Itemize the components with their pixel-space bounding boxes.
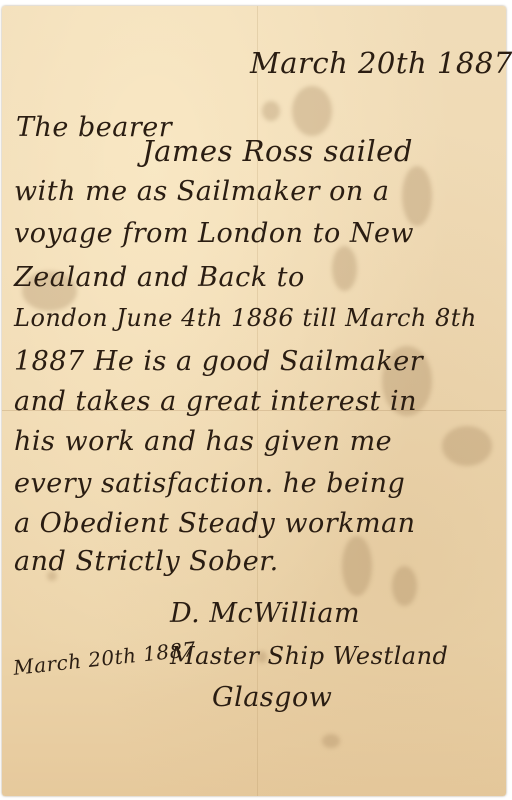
body-line: Zealand and Back to bbox=[14, 262, 305, 293]
body-line: his work and has given me bbox=[14, 426, 392, 457]
stain bbox=[332, 246, 357, 291]
body-line: James Ross sailed bbox=[142, 134, 413, 168]
body-line: with me as Sailmaker on a bbox=[14, 176, 389, 207]
body-line: and Strictly Sober. bbox=[14, 546, 279, 577]
body-line: London June 4th 1886 till March 8th bbox=[14, 304, 477, 332]
body-line: a Obedient Steady workman bbox=[14, 508, 416, 539]
stain bbox=[262, 101, 280, 121]
header-date: March 20th 1887 bbox=[250, 46, 512, 80]
signature-name: D. McWilliam bbox=[170, 598, 360, 629]
stain bbox=[402, 166, 432, 226]
stain bbox=[322, 734, 340, 748]
body-line: every satisfaction. he being bbox=[14, 468, 405, 499]
stain bbox=[442, 426, 492, 466]
signature-title: Master Ship Westland bbox=[170, 642, 448, 670]
body-line: voyage from London to New bbox=[14, 218, 414, 249]
body-line: and takes a great interest in bbox=[14, 386, 417, 417]
stain bbox=[342, 536, 372, 596]
letter-page: March 20th 1887 The bearer James Ross sa… bbox=[2, 6, 506, 796]
stain bbox=[392, 566, 417, 606]
body-line: 1887 He is a good Sailmaker bbox=[14, 346, 423, 377]
signature-place: Glasgow bbox=[212, 682, 332, 713]
footer-date: March 20th 1887 bbox=[12, 637, 197, 680]
stain bbox=[292, 86, 332, 136]
